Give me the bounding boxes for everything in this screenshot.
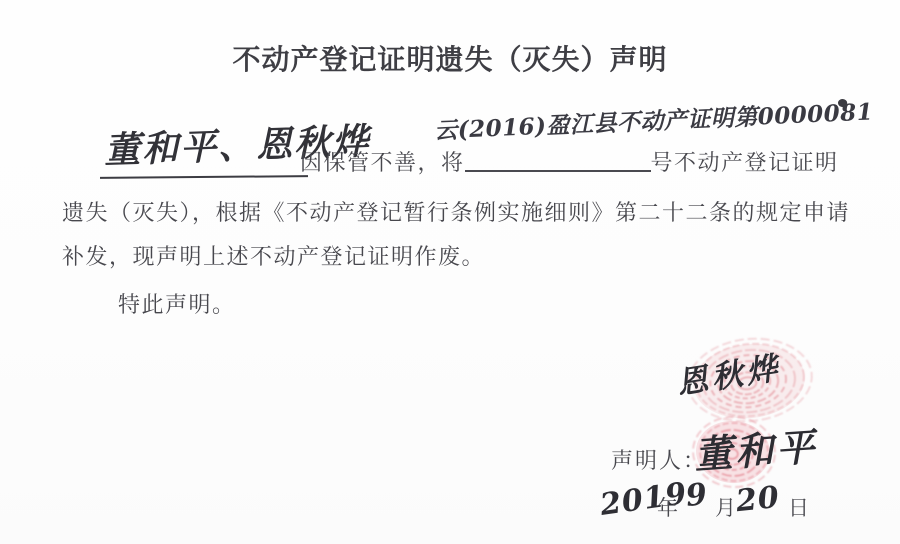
names-underline <box>100 175 308 179</box>
declarant-label: 声明人： <box>611 444 707 475</box>
closing-statement: 特此声明。 <box>118 288 236 319</box>
body-line-1-before-blank: 因保管不善，将 <box>300 150 465 175</box>
body-line-1: 因保管不善，将号不动产登记证明 <box>300 146 839 177</box>
handwritten-declarant-signature: 董和平 <box>692 416 819 479</box>
month-unit-label: 月 <box>715 492 736 522</box>
scanned-declaration-page: 不动产登记证明遗失（灭失）声明 董和平、恩秋烨 云(2016)盈江县不动产证明第… <box>0 0 900 544</box>
body-line-3: 补发，现声明上述不动产登记证明作废。 <box>62 240 485 271</box>
handwritten-certificate-number: 云(2016)盈江县不动产证明第0000081 <box>433 93 873 145</box>
blank-underline <box>465 169 651 172</box>
day-unit-label: 日 <box>788 492 809 522</box>
body-line-1-after-blank: 号不动产登记证明 <box>651 150 839 175</box>
handwritten-month: 9 <box>684 477 708 514</box>
body-line-2: 遗失（灭失），根据《不动产登记暂行条例实施细则》第二十二条的规定申请 <box>62 196 850 227</box>
year-unit-label: 年 <box>657 492 678 522</box>
handwritten-day: 20 <box>734 480 781 519</box>
page-title: 不动产登记证明遗失（灭失）声明 <box>0 38 900 78</box>
